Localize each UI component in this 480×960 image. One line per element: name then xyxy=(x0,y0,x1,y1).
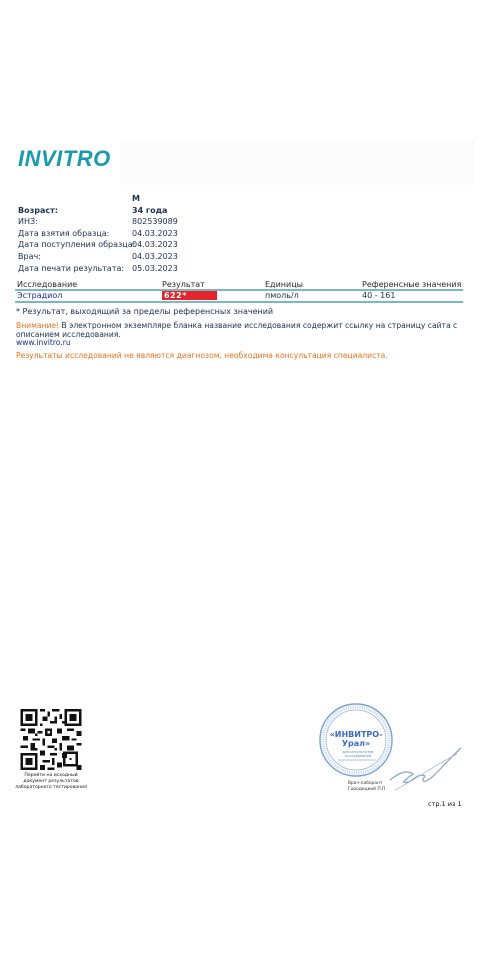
doctor-label: Врач: xyxy=(18,251,132,263)
inz-row: ИНЗ: 802539089 xyxy=(18,216,178,228)
test-name-link[interactable]: Эстрадиол xyxy=(17,291,62,300)
reference-value: 40 - 161 xyxy=(362,291,462,301)
table-row: Эстрадиол 622* пмоль/л 40 - 161 xyxy=(15,291,463,301)
sample-date-value: 04.03.2023 xyxy=(132,228,178,240)
results-table: Исследование Результат Единицы Референсн… xyxy=(15,280,463,303)
stamp-main-text: «ИНВИТРО- xyxy=(330,730,383,739)
inz-value: 802539089 xyxy=(132,216,178,228)
sample-date-label: Дата взятия образца: xyxy=(18,228,132,240)
notice-text: В электронном экземпляре бланка название… xyxy=(16,321,457,339)
column-header-result: Результат xyxy=(162,280,265,289)
receipt-date-value: 04.03.2023 xyxy=(132,239,178,251)
stamp-main-text-2: Урал» xyxy=(342,739,370,748)
patient-info: М Возраст: 34 года ИНЗ: 802539089 Дата в… xyxy=(18,193,178,274)
column-header-units: Единицы xyxy=(265,280,362,289)
age-label: Возраст: xyxy=(18,205,132,217)
receipt-date-row: Дата поступления образца: 04.03.2023 xyxy=(18,239,178,251)
row-divider xyxy=(15,301,463,303)
units-value: пмоль/л xyxy=(265,291,362,301)
doctor-value: 04.03.2023 xyxy=(132,251,178,263)
age-value: 34 года xyxy=(132,205,167,217)
patient-name: М xyxy=(132,193,140,205)
page-number: стр.1 из 1 xyxy=(428,800,462,808)
website-link[interactable]: www.invitro.ru xyxy=(16,338,71,347)
qr-caption: Перейти на исходный документ результатов… xyxy=(12,773,90,791)
signature-icon xyxy=(385,740,465,795)
doctor-row: Врач: 04.03.2023 xyxy=(18,251,178,263)
column-header-test: Исследование xyxy=(15,280,162,289)
signer-caption: Врач-лаборант Городецкий П.П. xyxy=(348,781,387,792)
column-header-reference: Референсные значения xyxy=(362,280,462,289)
qr-code-icon[interactable] xyxy=(20,709,82,770)
electronic-copy-notice: Внимание! В электронном экземпляре бланк… xyxy=(16,322,468,348)
print-date-label: Дата печати результата: xyxy=(18,263,132,275)
signer-name: Городецкий П.П. xyxy=(348,787,387,793)
inz-label: ИНЗ: xyxy=(18,216,132,228)
diagnosis-disclaimer: Результаты исследований не являются диаг… xyxy=(16,351,388,360)
signer-title: Врач-лаборант xyxy=(348,781,387,787)
out-of-range-footnote: * Результат, выходящий за пределы рефере… xyxy=(16,307,273,316)
patient-name-row: М xyxy=(18,193,178,205)
table-header: Исследование Результат Единицы Референсн… xyxy=(15,280,463,289)
invitro-logo: INVITRO xyxy=(18,147,111,167)
sample-date-row: Дата взятия образца: 04.03.2023 xyxy=(18,228,178,240)
receipt-date-label: Дата поступления образца: xyxy=(18,239,132,251)
official-stamp-icon: «ИНВИТРО- Урал» для результатов исследов… xyxy=(318,702,394,778)
print-date-value: 05.03.2023 xyxy=(132,263,178,275)
print-date-row: Дата печати результата: 05.03.2023 xyxy=(18,263,178,275)
age-row: Возраст: 34 года xyxy=(18,205,178,217)
svg-text:исследований: исследований xyxy=(345,754,371,758)
result-value-flagged: 622* xyxy=(162,291,217,300)
redacted-header-area xyxy=(120,140,475,185)
